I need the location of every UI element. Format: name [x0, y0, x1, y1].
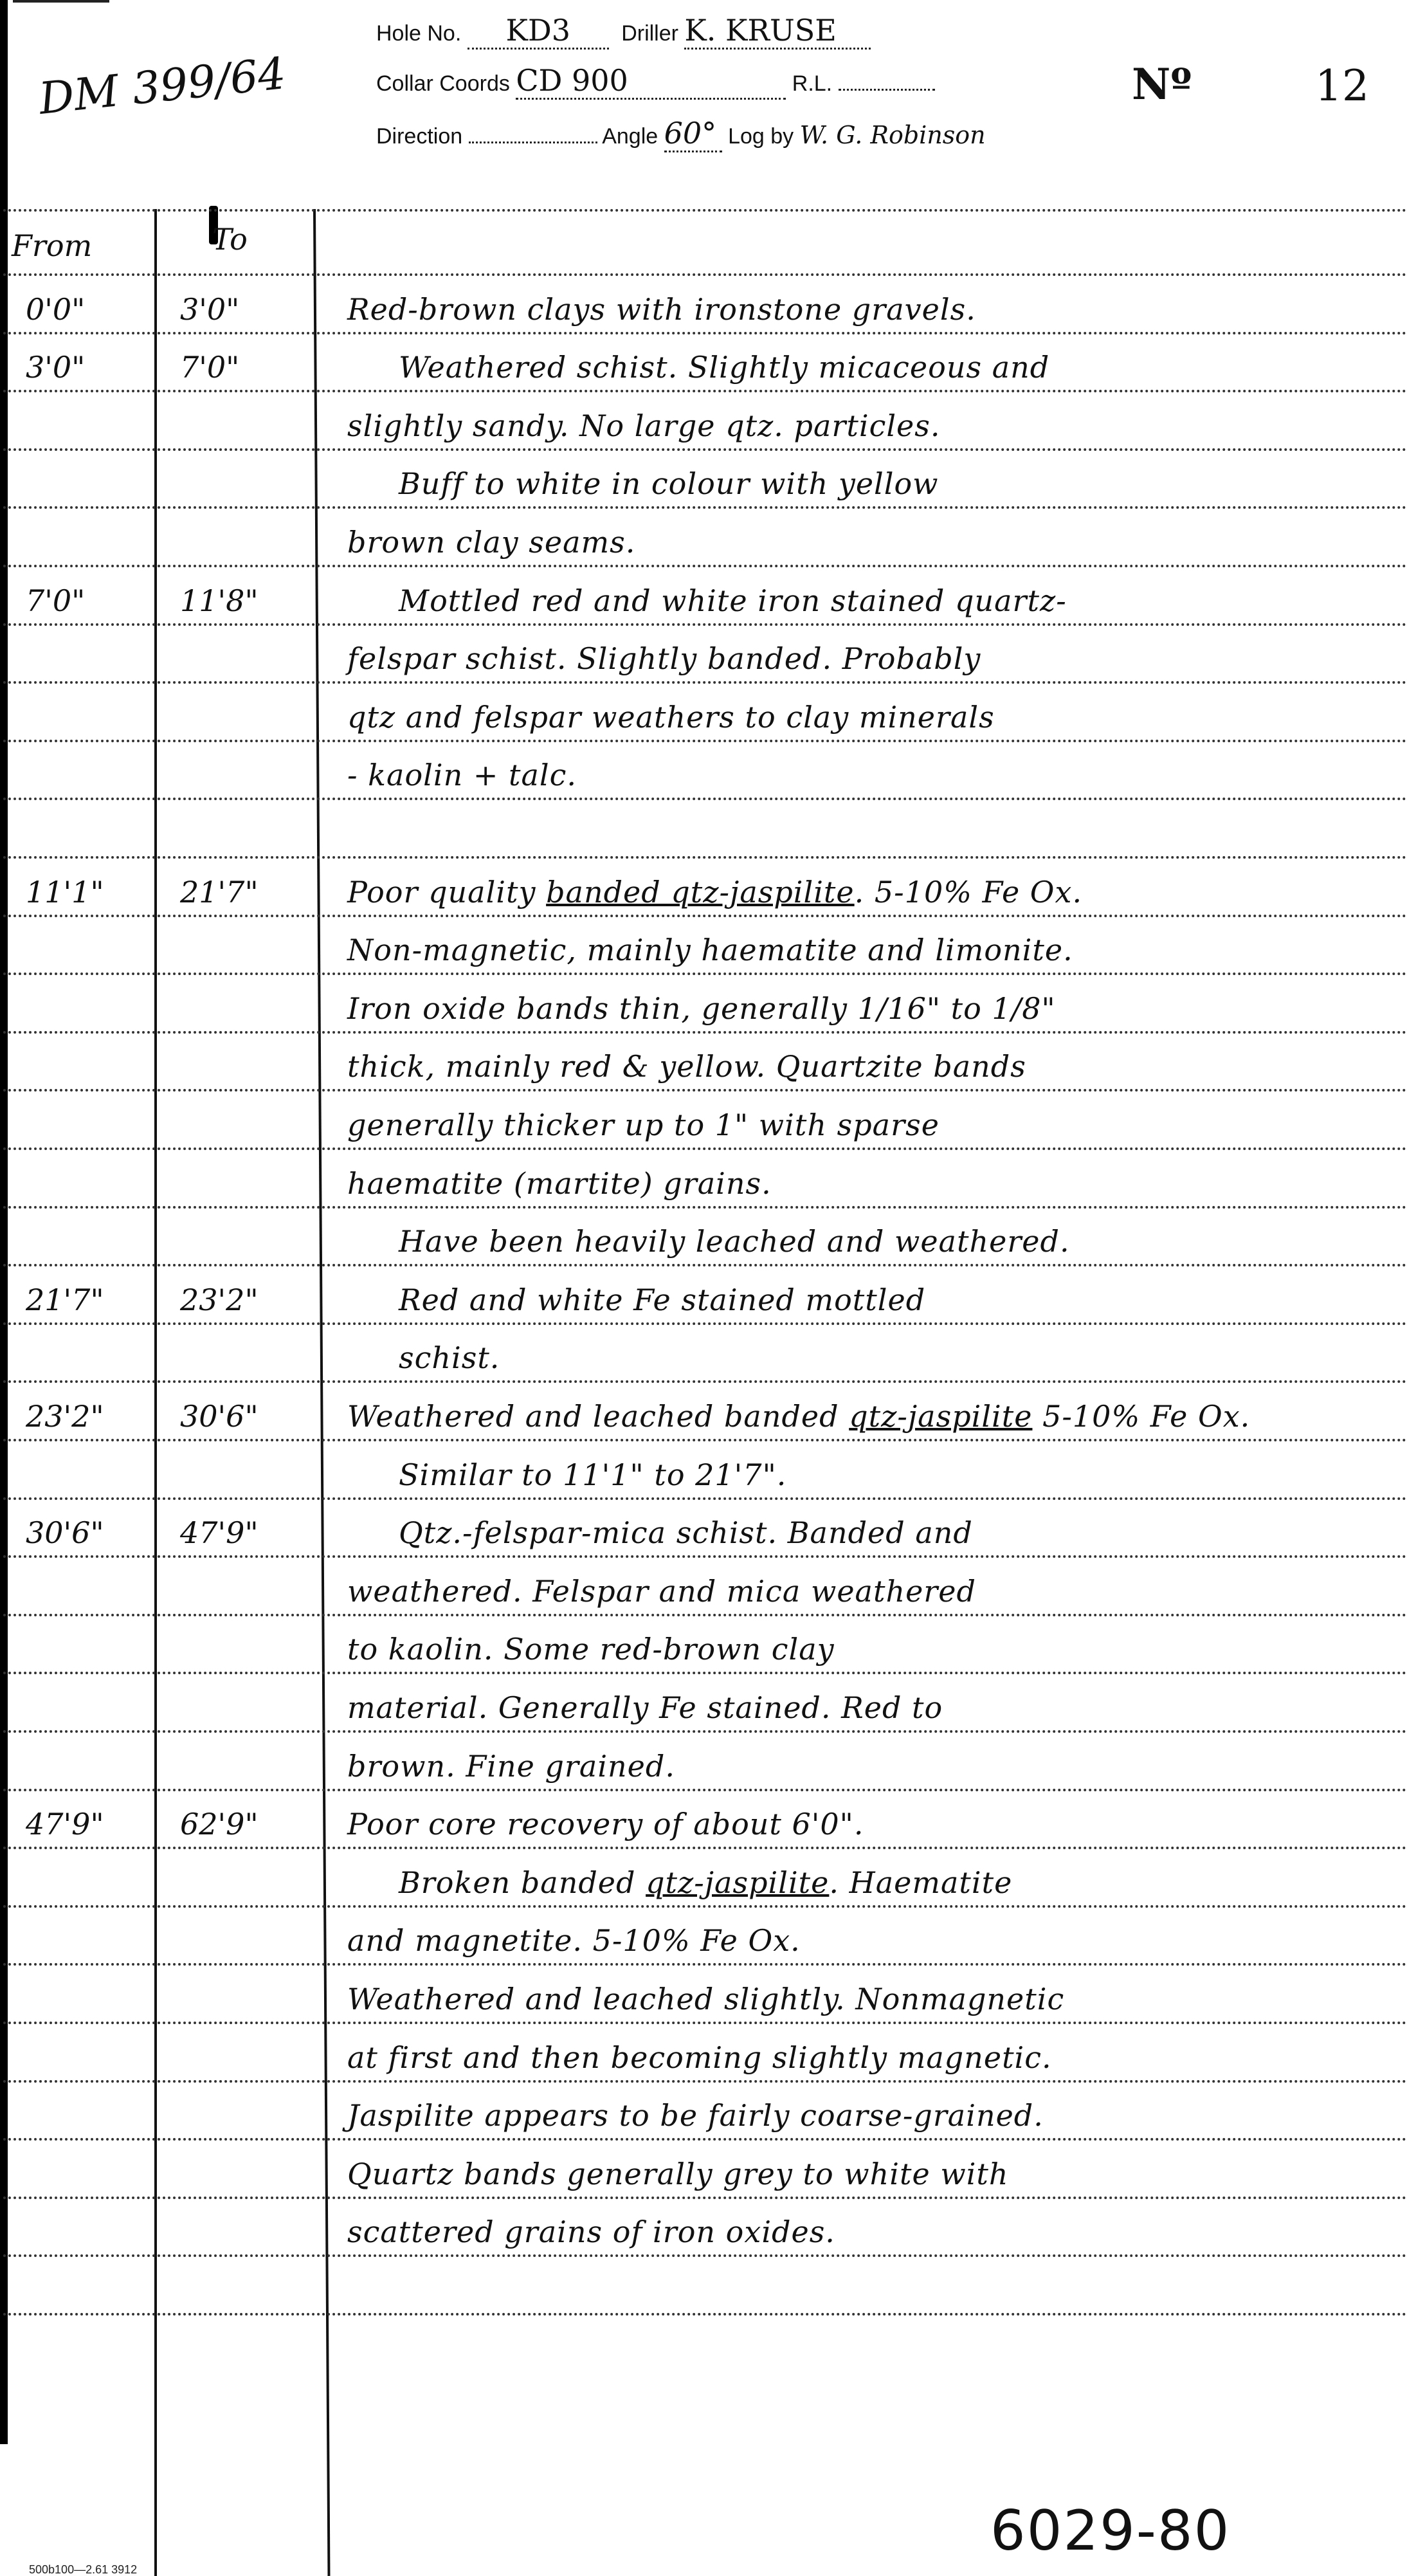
ruled-line: [3, 2313, 1407, 2316]
description-line: Similar to 11'1" to 21'7".: [399, 1457, 786, 1492]
hole-no-field: Hole No. KD3 Driller K. KRUSE: [376, 13, 871, 50]
ruled-line: [3, 1089, 1407, 1092]
ruled-line: [3, 332, 1407, 334]
ruled-line: [3, 1555, 1407, 1558]
description-line: Poor core recovery of about 6'0".: [347, 1807, 864, 1841]
ruled-line: [3, 1847, 1407, 1849]
ruled-line: [3, 1264, 1407, 1266]
ruled-line: [3, 1963, 1407, 1966]
underlined-term: qtz-jaspilite: [849, 1399, 1032, 1434]
ruled-line: [3, 623, 1407, 626]
depth-from: 11'1": [26, 875, 104, 909]
ruled-line: [3, 506, 1407, 509]
ruled-line: [3, 1031, 1407, 1034]
depth-to: 21'7": [180, 875, 259, 909]
depth-from: 21'7": [26, 1283, 104, 1317]
description-line: weathered. Felspar and mica weathered: [347, 1574, 976, 1609]
scan-edge: [0, 0, 8, 2444]
ruled-line: [3, 1730, 1407, 1733]
description-line: and magnetite. 5-10% Fe Ox.: [347, 1923, 801, 1958]
angle-value: 60°: [664, 116, 722, 152]
description-line: Have been heavily leached and weathered.: [399, 1224, 1070, 1259]
description-line: Qtz.-felspar-mica schist. Banded and: [399, 1515, 973, 1550]
ruled-line: [3, 1614, 1407, 1616]
direction-label: Direction: [376, 124, 462, 149]
description-line: thick, mainly red & yellow. Quartzite ba…: [347, 1049, 1026, 1084]
description-line: brown. Fine grained.: [347, 1749, 675, 1784]
depth-from: 30'6": [26, 1515, 104, 1550]
ruled-line: [3, 1380, 1407, 1383]
description-line: Mottled red and white iron stained quart…: [399, 583, 1067, 618]
sheet-number: 12: [1315, 61, 1369, 111]
ruled-line: [3, 390, 1407, 392]
driller-label: Driller: [621, 21, 678, 46]
depth-to: 23'2": [180, 1283, 259, 1317]
depth-to: 11'8": [180, 583, 259, 618]
ruled-line: [3, 565, 1407, 567]
hole-no-label: Hole No.: [376, 21, 461, 46]
sheet-number-label: Nº: [1132, 59, 1192, 109]
description-line: material. Generally Fe stained. Red to: [347, 1690, 943, 1725]
hole-no-value: KD3: [467, 13, 609, 50]
ruled-line: [3, 1905, 1407, 1908]
underlined-term: qtz-jaspilite: [646, 1865, 829, 1900]
ruled-line: [3, 973, 1407, 975]
ruled-line: [3, 1322, 1407, 1325]
depth-to: 3'0": [180, 292, 239, 327]
description-line: - kaolin + talc.: [347, 758, 577, 792]
ruled-line: [3, 1497, 1407, 1500]
to-column-divider: [313, 209, 330, 2576]
description-line: Weathered and leached banded qtz-jaspili…: [347, 1399, 1250, 1434]
ruled-line: [3, 798, 1407, 800]
description-line: Jaspilite appears to be fairly coarse-gr…: [347, 2098, 1044, 2133]
description-line: Buff to white in colour with yellow: [399, 466, 939, 501]
column-header-to: To: [212, 222, 248, 257]
description-line: Poor quality banded qtz-jaspilite. 5-10%…: [347, 875, 1082, 909]
collar-coords-field: Collar Coords CD 900 R.L.: [376, 63, 935, 100]
description-line: schist.: [399, 1340, 500, 1375]
description-line: Non-magnetic, mainly haematite and limon…: [347, 933, 1073, 967]
ruled-line: [3, 2080, 1407, 2083]
ruled-line: [3, 209, 1407, 212]
description-line: Quartz bands generally grey to white wit…: [347, 2157, 1009, 2191]
ruled-line: [3, 2022, 1407, 2024]
description-line: Red and white Fe stained mottled: [399, 1283, 925, 1317]
description-line: haematite (martite) grains.: [347, 1166, 772, 1201]
ruled-line: [3, 448, 1407, 451]
from-column-divider: [154, 209, 157, 2576]
log-by-value: W. G. Robinson: [800, 121, 986, 149]
driller-value: K. KRUSE: [684, 13, 871, 50]
depth-from: 23'2": [26, 1399, 104, 1434]
collar-coords-value: CD 900: [516, 63, 786, 100]
print-mark: 500b100—2.61 3912: [29, 2563, 137, 2576]
ruled-line: [3, 273, 1407, 276]
depth-from: 7'0": [26, 583, 85, 618]
ruled-line: [3, 2138, 1407, 2141]
document-reference: DM 399/64: [37, 48, 288, 125]
rl-label: R.L.: [792, 71, 832, 96]
depth-from: 3'0": [26, 350, 85, 385]
description-line: Iron oxide bands thin, generally 1/16" t…: [347, 991, 1056, 1026]
ruled-line: [3, 2197, 1407, 2199]
description-line: scattered grains of iron oxides.: [347, 2215, 835, 2249]
description-line: generally thicker up to 1" with sparse: [347, 1108, 940, 1142]
description-line: Weathered schist. Slightly micaceous and: [399, 350, 1049, 385]
rl-value: [839, 89, 935, 91]
ruled-line: [3, 1439, 1407, 1441]
description-line: slightly sandy. No large qtz. particles.: [347, 408, 941, 443]
description-line: Weathered and leached slightly. Nonmagne…: [347, 1982, 1064, 2016]
depth-to: 47'9": [180, 1515, 259, 1550]
description-line: Red-brown clays with ironstone gravels.: [347, 292, 976, 327]
depth-from: 47'9": [26, 1807, 104, 1841]
description-line: Broken banded qtz-jaspilite. Haematite: [399, 1865, 1012, 1900]
log-by-label: Log by: [728, 124, 794, 149]
ruled-line: [3, 2254, 1407, 2257]
ruled-line: [3, 1672, 1407, 1674]
description-line: brown clay seams.: [347, 525, 635, 560]
description-line: at first and then becoming slightly magn…: [347, 2040, 1052, 2075]
depth-to: 62'9": [180, 1807, 259, 1841]
direction-field: Direction Angle 60° Log by W. G. Robinso…: [376, 116, 986, 152]
underlined-term: banded qtz-jaspilite: [546, 875, 855, 909]
direction-value: [469, 142, 597, 143]
ruled-line: [3, 856, 1407, 859]
ruled-line: [3, 681, 1407, 684]
footer-reference-number: 6029-80: [990, 2499, 1230, 2563]
ruled-line: [3, 1147, 1407, 1150]
depth-to: 7'0": [180, 350, 239, 385]
collar-coords-label: Collar Coords: [376, 71, 510, 96]
ruled-line: [3, 740, 1407, 742]
ruled-line: [3, 915, 1407, 917]
depth-from: 0'0": [26, 292, 85, 327]
column-header-from: From: [12, 228, 92, 263]
ruled-line: [3, 1206, 1407, 1209]
scan-smudge: [13, 0, 109, 3]
ruled-line: [3, 1789, 1407, 1791]
depth-to: 30'6": [180, 1399, 259, 1434]
description-line: to kaolin. Some red-brown clay: [347, 1632, 835, 1667]
description-line: felspar schist. Slightly banded. Probabl…: [347, 641, 981, 676]
angle-label: Angle: [602, 124, 658, 149]
description-line: qtz and felspar weathers to clay mineral…: [347, 700, 995, 735]
